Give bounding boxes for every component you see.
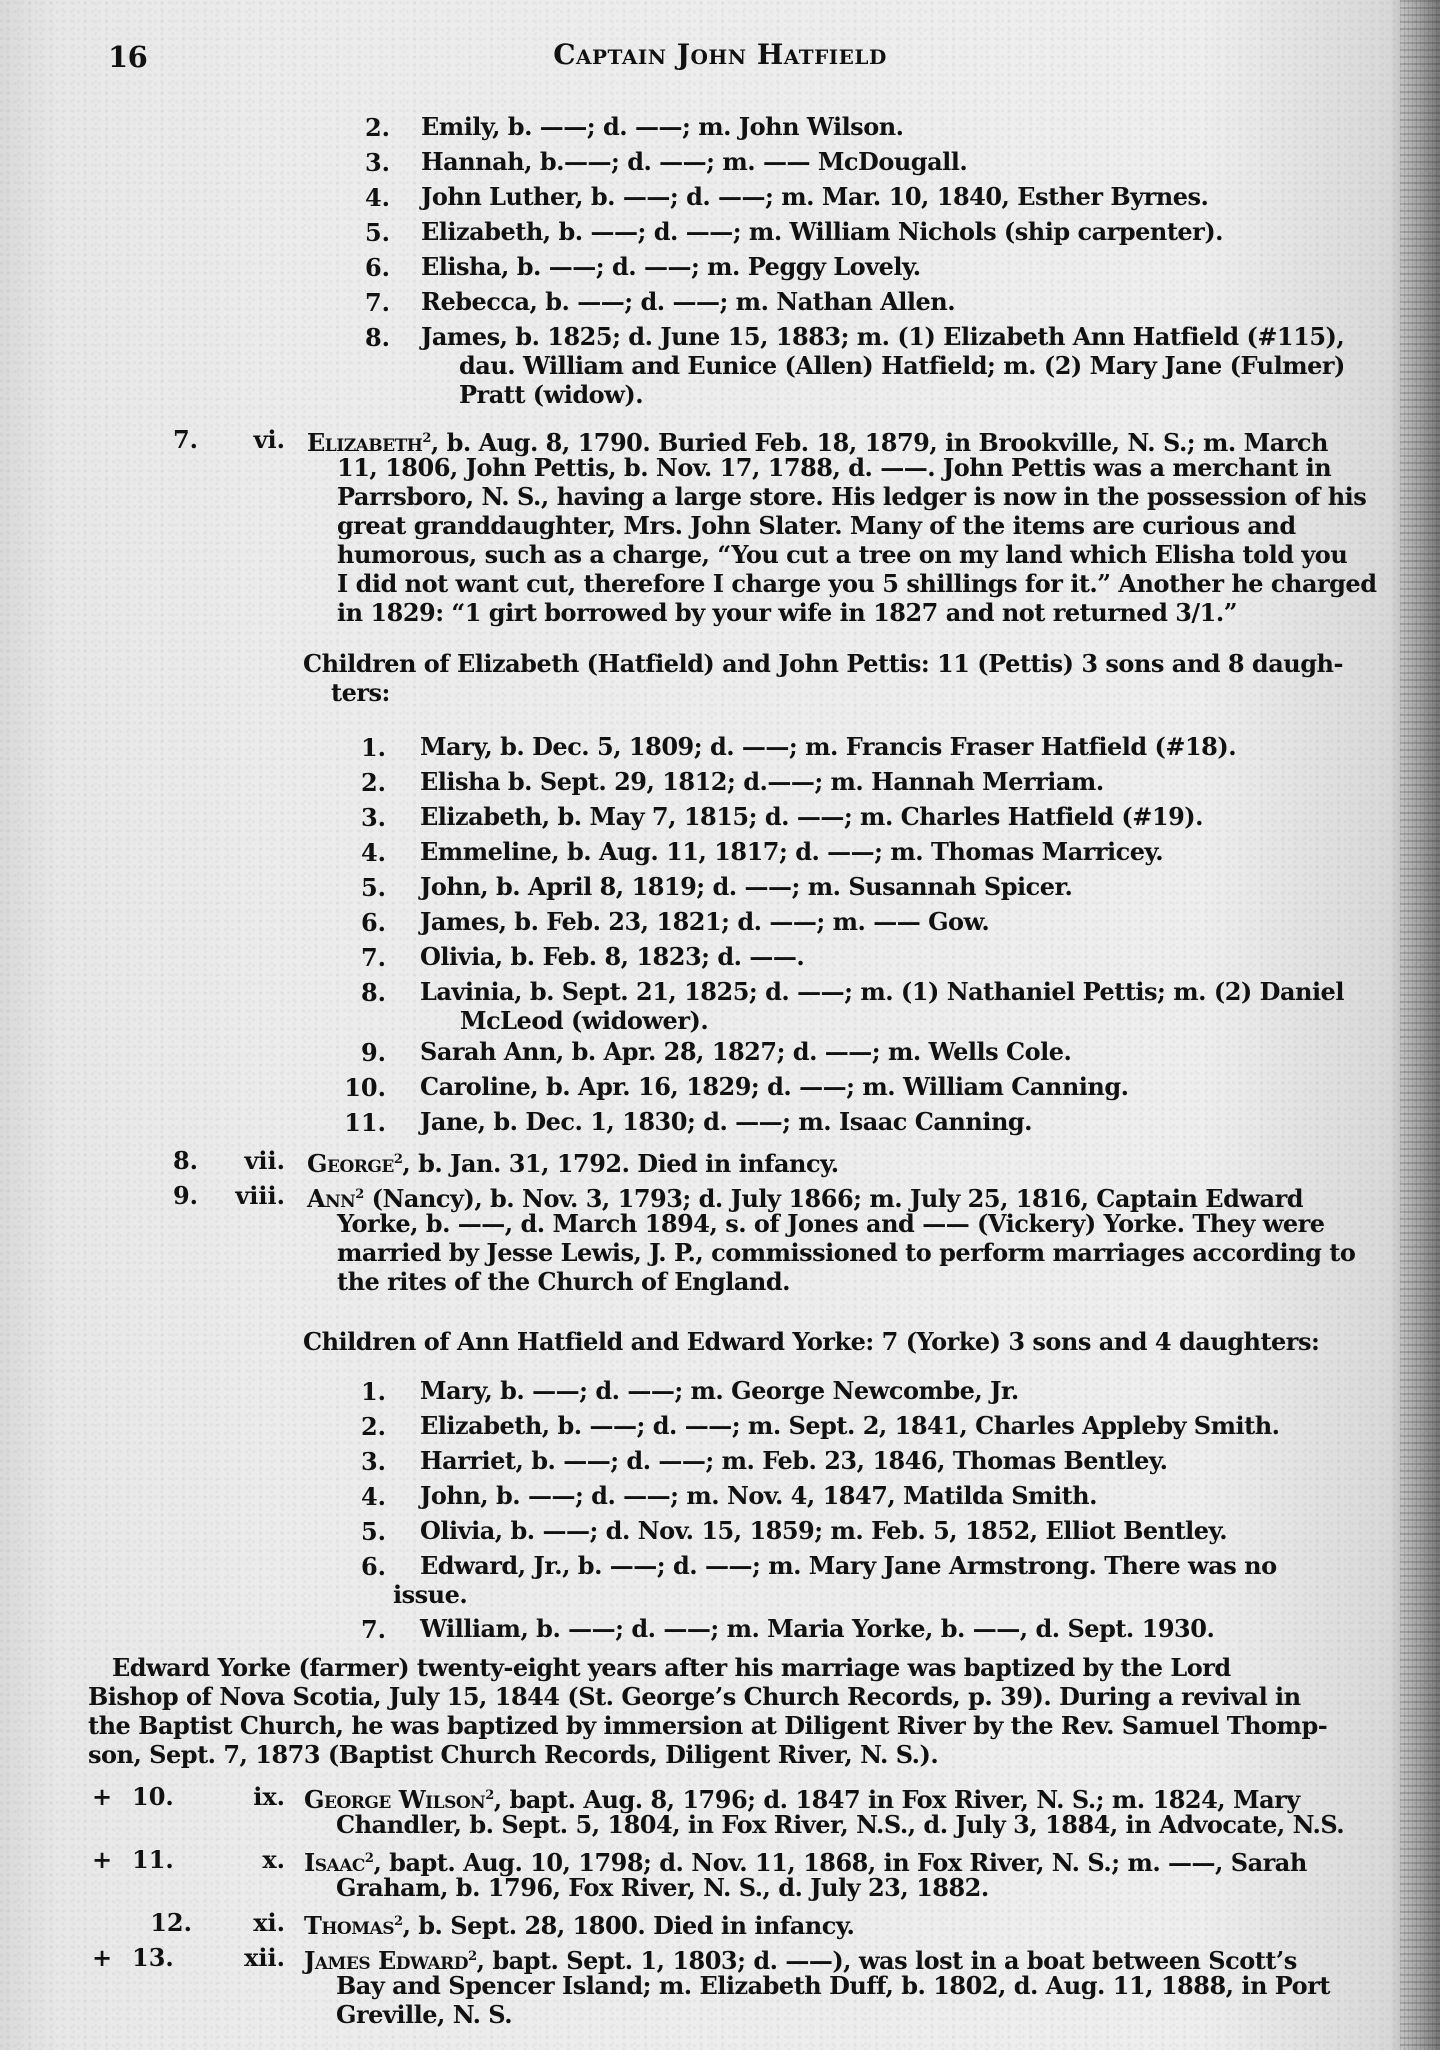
entry-text: in 1829: “1 girt borrowed by your wife i… (337, 595, 1237, 631)
has-descendants-marker: + (92, 1845, 116, 1874)
section-heading: Children of Ann Hatfield and Edward York… (303, 1324, 1319, 1360)
list-number: 8. (330, 323, 390, 352)
list-number: 2. (330, 113, 390, 142)
list-number: 6. (330, 908, 386, 937)
entry-text: , b. Sept. 28, 1800. Died in infancy. (403, 1911, 855, 1940)
list-item: Elizabeth, b. ——; d. ——; m. William Nich… (421, 214, 1223, 250)
entry-text: the rites of the Church of England. (337, 1264, 790, 1300)
generation-superscript: 2 (394, 1914, 403, 1929)
entry-roman: xii. (220, 1943, 285, 1972)
entry-roman: vi. (225, 425, 285, 454)
list-item: Elizabeth, b. May 7, 1815; d. ——; m. Cha… (420, 799, 1203, 835)
list-number: 6. (330, 1552, 386, 1581)
list-number: 10. (330, 1073, 386, 1102)
section-heading-continuation: ters: (331, 675, 390, 711)
list-number: 11. (330, 1108, 386, 1137)
entry-text: Greville, N. S. (336, 1997, 512, 2033)
generation-superscript: 2 (468, 1949, 477, 1964)
generation-superscript: 2 (355, 1187, 364, 1202)
list-number: 2. (330, 1412, 386, 1441)
entry-roman: ix. (220, 1782, 285, 1811)
list-number: 8. (330, 978, 386, 1007)
list-number: 3. (330, 1447, 386, 1476)
list-item-continuation: Pratt (widow). (459, 377, 643, 413)
list-item: Emmeline, b. Aug. 11, 1817; d. ——; m. Th… (420, 834, 1163, 870)
list-number: 6. (330, 253, 390, 282)
list-item: Mary, b. ——; d. ——; m. George Newcombe, … (420, 1373, 1019, 1409)
list-item: Elisha, b. ——; d. ——; m. Peggy Lovely. (421, 249, 921, 285)
list-number: 7. (330, 943, 386, 972)
list-number: 5. (330, 873, 386, 902)
list-item: John, b. ——; d. ——; m. Nov. 4, 1847, Mat… (420, 1478, 1097, 1514)
entry-number: 7. (150, 425, 198, 454)
list-number: 5. (330, 1517, 386, 1546)
list-number: 4. (330, 1482, 386, 1511)
entry-text: , b. Jan. 31, 1792. Died in infancy. (402, 1149, 838, 1178)
entry-roman: xi. (220, 1908, 285, 1937)
entry-text: Graham, b. 1796, Fox River, N. S., d. Ju… (336, 1870, 989, 1906)
list-number: 7. (330, 288, 390, 317)
list-item: Edward, Jr., b. ——; d. ——; m. Mary Jane … (420, 1548, 1277, 1584)
list-item: James, b. Feb. 23, 1821; d. ——; m. —— Go… (420, 904, 989, 940)
entry-roman: x. (220, 1845, 285, 1874)
list-item: Caroline, b. Apr. 16, 1829; d. ——; m. Wi… (420, 1069, 1129, 1105)
list-item: John, b. April 8, 1819; d. ——; m. Susann… (420, 869, 1072, 905)
list-item: Rebecca, b. ——; d. ——; m. Nathan Allen. (421, 284, 955, 320)
entry-number: 12. (132, 1908, 192, 1937)
entry-number: 13. (132, 1943, 192, 1972)
list-item: Elisha b. Sept. 29, 1812; d.——; m. Hanna… (420, 764, 1104, 800)
generation-superscript: 2 (485, 1788, 494, 1803)
entry-roman: vii. (220, 1146, 285, 1175)
list-item: Sarah Ann, b. Apr. 28, 1827; d. ——; m. W… (420, 1034, 1071, 1070)
list-item: Harriet, b. ——; d. ——; m. Feb. 23, 1846,… (420, 1443, 1167, 1479)
list-item: Olivia, b. ——; d. Nov. 15, 1859; m. Feb.… (420, 1513, 1227, 1549)
list-item: Mary, b. Dec. 5, 1809; d. ——; m. Francis… (420, 729, 1236, 765)
running-title: Captain John Hatfield (0, 38, 1440, 72)
entry-text: Chandler, b. Sept. 5, 1804, in Fox River… (336, 1807, 1344, 1843)
list-item: William, b. ——; d. ——; m. Maria Yorke, b… (420, 1611, 1214, 1647)
entry-number: 11. (132, 1845, 192, 1874)
scan-edge-artifact (1400, 0, 1440, 2050)
list-item: Elizabeth, b. ——; d. ——; m. Sept. 2, 184… (420, 1408, 1280, 1444)
list-item: Olivia, b. Feb. 8, 1823; d. ——. (420, 939, 804, 975)
entry-number: 10. (132, 1782, 192, 1811)
list-number: 7. (330, 1615, 386, 1644)
list-item: John Luther, b. ——; d. ——; m. Mar. 10, 1… (421, 179, 1208, 215)
list-number: 9. (330, 1038, 386, 1067)
generation-superscript: 2 (422, 431, 431, 446)
list-item: Emily, b. ——; d. ——; m. John Wilson. (421, 109, 904, 145)
list-number: 4. (330, 838, 386, 867)
has-descendants-marker: + (92, 1943, 116, 1972)
list-number: 3. (330, 148, 390, 177)
section-heading: Children of Elizabeth (Hatfield) and Joh… (303, 646, 1343, 682)
has-descendants-marker: + (92, 1782, 116, 1811)
entry-number: 8. (150, 1146, 198, 1175)
list-number: 4. (330, 183, 390, 212)
list-number: 1. (330, 1377, 386, 1406)
paragraph-line: son, Sept. 7, 1873 (Baptist Church Recor… (88, 1737, 938, 1773)
entry-name: Thomas (304, 1911, 394, 1940)
entry-roman: viii. (220, 1181, 285, 1210)
list-item-continuation: issue. (393, 1577, 467, 1613)
list-number: 1. (330, 733, 386, 762)
list-number: 5. (330, 218, 390, 247)
list-item: Jane, b. Dec. 1, 1830; d. ——; m. Isaac C… (420, 1104, 1032, 1140)
entry-name: George (307, 1149, 394, 1178)
entry-number: 9. (150, 1181, 198, 1210)
list-item: Hannah, b.——; d. ——; m. —— McDougall. (421, 144, 967, 180)
list-number: 2. (330, 768, 386, 797)
list-number: 3. (330, 803, 386, 832)
